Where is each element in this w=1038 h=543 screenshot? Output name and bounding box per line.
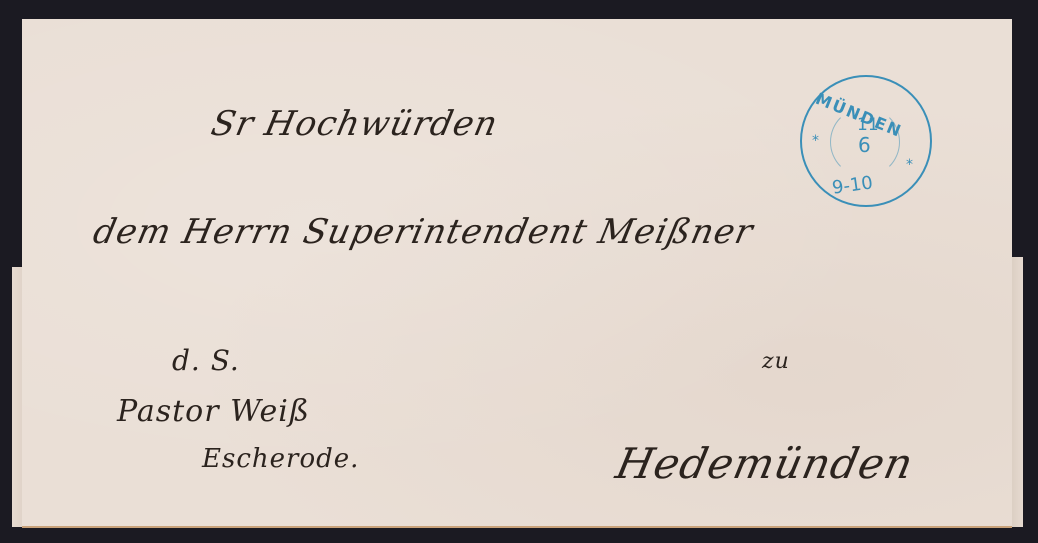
- postmark-stamp: MÜNDEN * * 11 6 9-10: [800, 75, 932, 207]
- preposition-text: zu: [762, 349, 790, 374]
- recipient-text: dem Herrn Superintendent Meißner: [90, 212, 757, 252]
- sender-place: Escherode.: [202, 444, 359, 474]
- salutation-text: Sr Hochwürden: [208, 104, 502, 144]
- letter-cover: Sr Hochwürden dem Herrn Superintendent M…: [22, 19, 1012, 528]
- sender-abbrev: d. S.: [172, 344, 240, 377]
- postmark-time: 9-10: [831, 172, 874, 198]
- postmark-day: 11: [857, 115, 879, 135]
- postmark-month: 6: [858, 133, 871, 157]
- sender-name: Pastor Weiß: [117, 394, 310, 429]
- destination-text: Hedemünden: [612, 439, 918, 488]
- star-icon: *: [812, 133, 819, 149]
- star-icon: *: [906, 157, 913, 173]
